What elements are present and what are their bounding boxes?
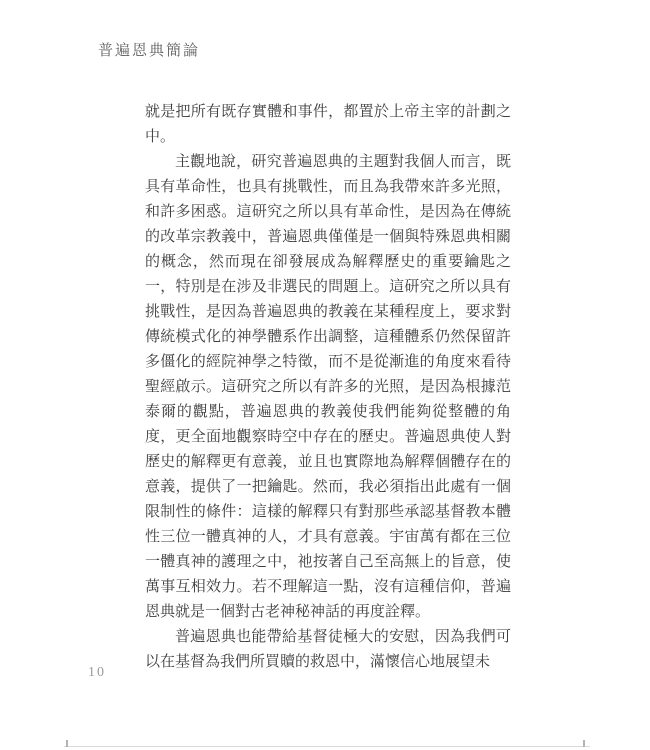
book-page: 普遍恩典簡論 就是把所有既存實體和事件，都置於上帝主宰的計劃之中。主觀地說，研究… [0, 0, 650, 750]
running-header: 普遍恩典簡論 [98, 39, 200, 60]
body-text-block: 就是把所有既存實體和事件，都置於上帝主宰的計劃之中。主觀地說，研究普遍恩典的主題… [145, 100, 511, 675]
paragraph: 就是把所有既存實體和事件，都置於上帝主宰的計劃之中。 [145, 100, 511, 150]
page-number: 10 [88, 665, 106, 681]
scan-artifact-right [583, 740, 585, 747]
paragraph: 主觀地說，研究普遍恩典的主題對我個人而言，既具有革命性，也具有挑戰性，而且為我帶… [145, 150, 511, 625]
scan-bottom-line [64, 746, 590, 747]
scan-artifact-left [66, 740, 68, 747]
paragraph: 普遍恩典也能帶給基督徒極大的安慰，因為我們可以在基督為我們所買贖的救恩中，滿懷信… [145, 625, 511, 675]
